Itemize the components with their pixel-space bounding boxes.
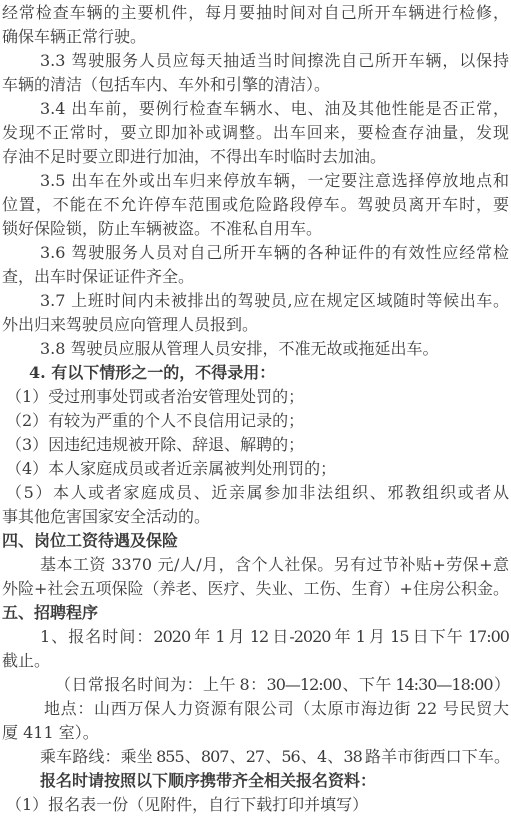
text-line: 基本工资 3370 元/人/月，含个人社保。另有过节补贴+劳保+意 [2,553,509,577]
text-line: 四、岗位工资待遇及保险 [2,529,509,553]
document-body: 经常检查车辆的主要机件，每月要抽时间对自己所开车辆进行检修，确保车辆正常行驶。3… [2,1,509,817]
text-line: 外险+社会五项保险（养老、医疗、失业、工伤、生育）+住房公积金。 [2,577,509,601]
text-line: 存油不足时要立即进行加油，不得出车时临时去加油。 [2,145,509,169]
text-line: 发现不正常时，要立即加补或调整。出车回来，要检查存油量，发现 [2,121,509,145]
text-line: 3.5 出车在外或出车归来停放车辆，一定要注意选择停放地点和 [2,169,509,193]
text-line: 事其他危害国家安全活动的。 [2,505,509,529]
text-line: 报名时请按照以下顺序携带齐全相关报名资料： [2,769,509,793]
text-line: 3.8 驾驶员应服从管理人员安排，不准无故或拖延出车。 [2,337,509,361]
text-line: 截止。 [2,649,509,673]
text-line: （2）有较为严重的个人不良信用记录的； [2,409,509,433]
text-line: （日常报名时间为：上午 8：30—12:00、下午 14:30—18:00） [2,673,509,697]
text-line: 3.6 驾驶服务人员对自己所开车辆的各种证件的有效性应经常检 [2,241,509,265]
text-line: 3.7 上班时间内未被排出的驾驶员,应在规定区域随时等候出车。 [2,289,509,313]
text-line: 3.3 驾驶服务人员应每天抽适当时间擦洗自己所开车辆，以保持 [2,49,509,73]
text-line: 查，出车时保证证件齐全。 [2,265,509,289]
text-line: （4）本人家庭成员或者近亲属被判处刑罚的； [2,457,509,481]
text-line: 确保车辆正常行驶。 [2,25,509,49]
text-line: 乘车路线：乘坐 855、807、27、56、4、38 路羊市街西口下车。 [2,745,509,769]
text-line: 1、报名时间：2020 年 1 月 12 日-2020 年 1 月 15 日下午… [2,625,509,649]
text-line: 车辆的清洁（包括车内、车外和引擎的清洁）。 [2,73,509,97]
document-page: 经常检查车辆的主要机件，每月要抽时间对自己所开车辆进行检修，确保车辆正常行驶。3… [0,0,511,817]
text-line: 锁好保险锁，防止车辆被盗。不准私自用车。 [2,217,509,241]
text-line: 厦 411 室）。 [2,721,509,745]
text-line: 4. 有以下情形之一的，不得录用： [2,361,509,385]
text-line: 地点：山西万保人力资源有限公司（太原市海边街 22 号民贸大 [2,697,509,721]
text-line: 经常检查车辆的主要机件，每月要抽时间对自己所开车辆进行检修， [2,1,509,25]
text-line: （3）因违纪违规被开除、辞退、解聘的； [2,433,509,457]
text-line: 外出归来驾驶员应向管理人员报到。 [2,313,509,337]
text-line: 3.4 出车前，要例行检查车辆水、电、油及其他性能是否正常， [2,97,509,121]
text-line: 位置，不能在不允许停车范围或危险路段停车。驾驶员离开车时，要 [2,193,509,217]
text-line: 五、招聘程序 [2,601,509,625]
text-line: （1）报名表一份（见附件，自行下载打印并填写） [2,793,509,817]
text-line: （5）本人或者家庭成员、近亲属参加非法组织、邪教组织或者从 [2,481,509,505]
text-line: （1）受过刑事处罚或者治安管理处罚的； [2,385,509,409]
